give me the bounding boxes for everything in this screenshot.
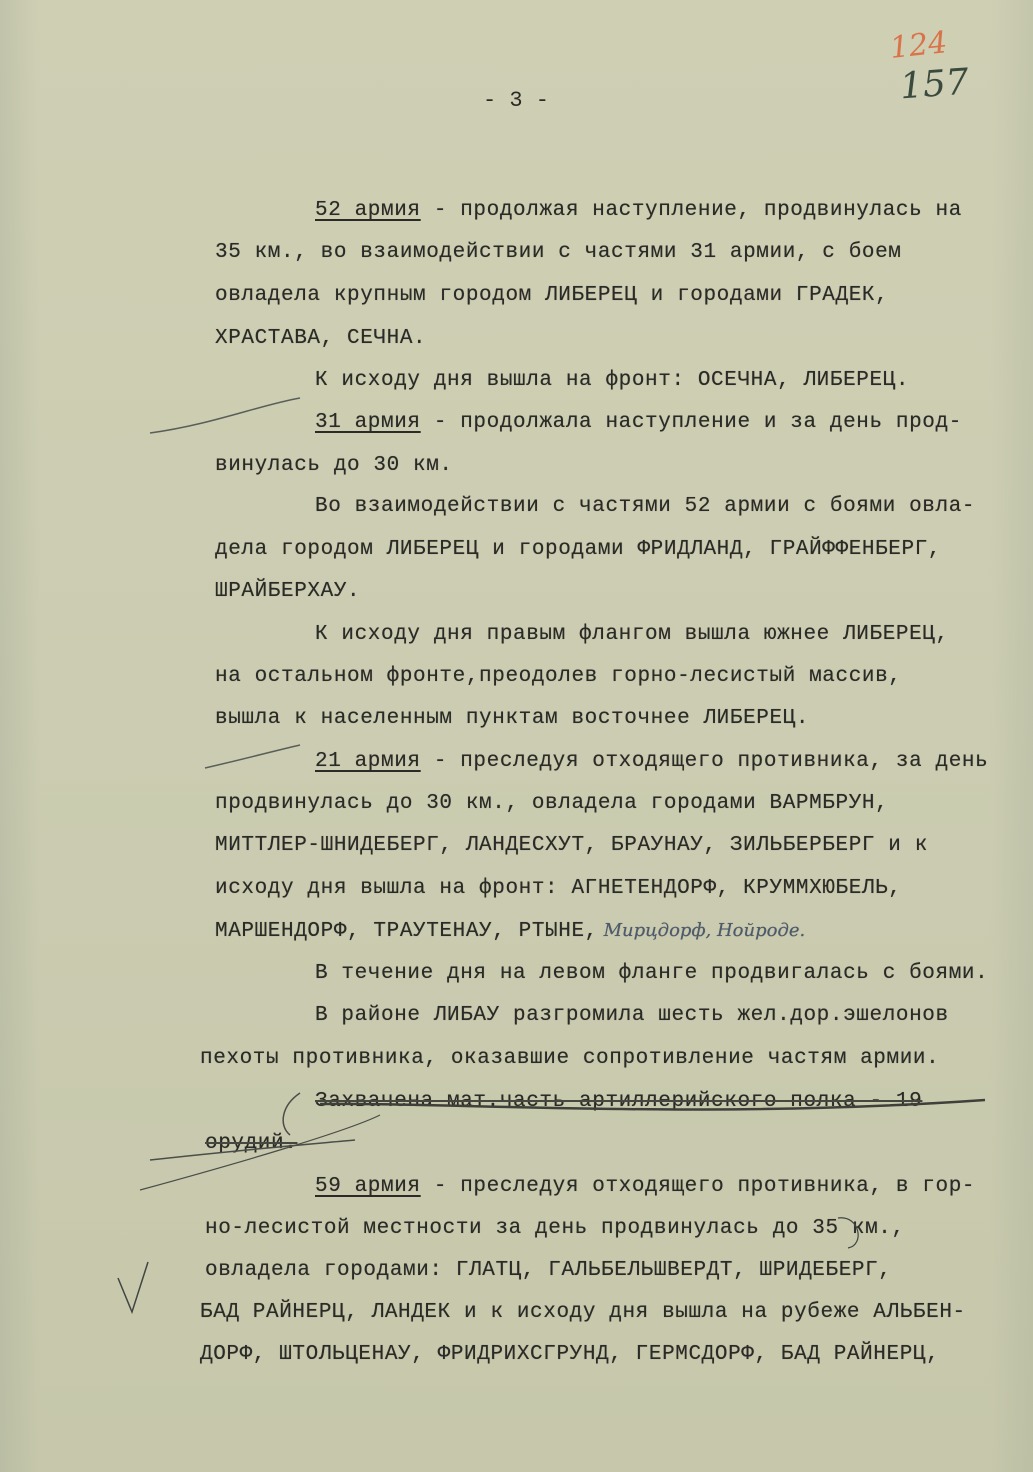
- army-heading-line: 21 армия - преследуя отходящего противни…: [315, 749, 988, 775]
- text-line: В течение дня на левом фланге продвигала…: [315, 961, 988, 987]
- text-line: БАД РАЙНЕРЦ, ЛАНДЕК и к исходу дня вышла…: [200, 1300, 966, 1326]
- line-text: В течение дня на левом фланге продвигала…: [315, 962, 988, 985]
- text-line: орудий.: [205, 1131, 297, 1157]
- line-text: Во взаимодействии с частями 52 армии с б…: [315, 495, 975, 518]
- line-text: 35 км., во взаимодействии с частями 31 а…: [215, 241, 902, 264]
- line-text: ШРАЙБЕРХАУ.: [215, 580, 360, 603]
- line-text: В районе ЛИБАУ разгромила шесть жел.дор.…: [315, 1004, 949, 1027]
- line-text: на остальном фронте,преодолев горно-леси…: [215, 665, 902, 688]
- line-text: пехоты противника, оказавшие сопротивлен…: [200, 1047, 939, 1070]
- line-text: ДОРФ, ШТОЛЬЦЕНАУ, ФРИДРИХСГРУНД, ГЕРМСДО…: [200, 1343, 939, 1366]
- line-text: - преследуя отходящего противника, за де…: [421, 750, 989, 773]
- text-line: ХРАСТАВА, СЕЧНА.: [215, 326, 426, 352]
- text-line: продвинулась до 30 км., овладела городам…: [215, 791, 888, 817]
- text-line: К исходу дня правым флангом вышла южнее …: [315, 622, 949, 648]
- text-line: МИТТЛЕР-ШНИДЕБЕРГ, ЛАНДЕСХУТ, БРАУНАУ, З…: [215, 833, 928, 859]
- army-name: 31 армия: [315, 411, 421, 434]
- text-line: вышла к населенным пунктам восточнее ЛИБ…: [215, 706, 809, 732]
- text-line: дела городом ЛИБЕРЕЦ и городами ФРИДЛАНД…: [215, 537, 941, 563]
- text-line: К исходу дня вышла на фронт: ОСЕЧНА, ЛИБ…: [315, 368, 909, 394]
- line-text: МАРШЕНДОРФ, ТРАУТЕНАУ, РТЫНЕ,: [215, 920, 598, 943]
- page-number: - 3 -: [483, 88, 549, 113]
- text-line: но-лесистой местности за день продвинула…: [205, 1216, 905, 1242]
- text-line: пехоты противника, оказавшие сопротивлен…: [200, 1046, 939, 1072]
- line-text: овладела крупным городом ЛИБЕРЕЦ и город…: [215, 284, 888, 307]
- text-line: Во взаимодействии с частями 52 армии с б…: [315, 494, 975, 520]
- line-text: - продолжала наступление и за день прод-: [421, 411, 962, 434]
- army-name: 21 армия: [315, 750, 421, 773]
- army-name: 52 армия: [315, 199, 421, 222]
- line-text: ХРАСТАВА, СЕЧНА.: [215, 327, 426, 350]
- line-text: БАД РАЙНЕРЦ, ЛАНДЕК и к исходу дня вышла…: [200, 1301, 966, 1324]
- archive-number-dark: 157: [899, 62, 970, 108]
- line-text: продвинулась до 30 км., овладела городам…: [215, 792, 888, 815]
- line-text: дела городом ЛИБЕРЕЦ и городами ФРИДЛАНД…: [215, 538, 941, 561]
- text-line: овладела городами: ГЛАТЦ, ГАЛЬБЕЛЬШВЕРДТ…: [205, 1258, 892, 1284]
- text-line: ШРАЙБЕРХАУ.: [215, 579, 360, 605]
- text-line: ДОРФ, ШТОЛЬЦЕНАУ, ФРИДРИХСГРУНД, ГЕРМСДО…: [200, 1342, 939, 1368]
- line-text: овладела городами: ГЛАТЦ, ГАЛЬБЕЛЬШВЕРДТ…: [205, 1259, 892, 1282]
- archive-number-red: 124: [888, 25, 949, 66]
- line-text: исходу дня вышла на фронт: АГНЕТЕНДОРФ, …: [215, 877, 902, 900]
- army-heading-line: 31 армия - продолжала наступление и за д…: [315, 410, 962, 436]
- document-page: 124 157 - 3 - 52 армия - продолжая насту…: [0, 0, 1033, 1472]
- line-text: К исходу дня правым флангом вышла южнее …: [315, 623, 949, 646]
- text-line: овладела крупным городом ЛИБЕРЕЦ и город…: [215, 283, 888, 309]
- line-text: орудий.: [205, 1132, 297, 1155]
- text-line: МАРШЕНДОРФ, ТРАУТЕНАУ, РТЫНЕ, Мирцдорф, …: [215, 918, 805, 945]
- text-line: на остальном фронте,преодолев горно-леси…: [215, 664, 902, 690]
- army-heading-line: 52 армия - продолжая наступление, продви…: [315, 198, 962, 224]
- text-line: В районе ЛИБАУ разгромила шесть жел.дор.…: [315, 1003, 949, 1029]
- line-text: винулась до 30 км.: [215, 454, 453, 477]
- line-text: вышла к населенным пунктам восточнее ЛИБ…: [215, 707, 809, 730]
- line-text: но-лесистой местности за день продвинула…: [205, 1217, 905, 1240]
- line-text: Захвачена мат.часть артиллерийского полк…: [315, 1090, 922, 1113]
- line-text: - преследуя отходящего противника, в гор…: [421, 1175, 976, 1198]
- text-line: 35 км., во взаимодействии с частями 31 а…: [215, 240, 902, 266]
- line-text: - продолжая наступление, продвинулась на: [421, 199, 962, 222]
- text-line: винулась до 30 км.: [215, 453, 453, 479]
- line-text: МИТТЛЕР-ШНИДЕБЕРГ, ЛАНДЕСХУТ, БРАУНАУ, З…: [215, 834, 928, 857]
- army-heading-line: 59 армия - преследуя отходящего противни…: [315, 1174, 975, 1200]
- handwritten-insertion: Мирцдорф, Нойроде.: [598, 920, 805, 941]
- army-name: 59 армия: [315, 1175, 421, 1198]
- text-line: Захвачена мат.часть артиллерийского полк…: [315, 1089, 922, 1115]
- text-line: исходу дня вышла на фронт: АГНЕТЕНДОРФ, …: [215, 876, 902, 902]
- line-text: К исходу дня вышла на фронт: ОСЕЧНА, ЛИБ…: [315, 369, 909, 392]
